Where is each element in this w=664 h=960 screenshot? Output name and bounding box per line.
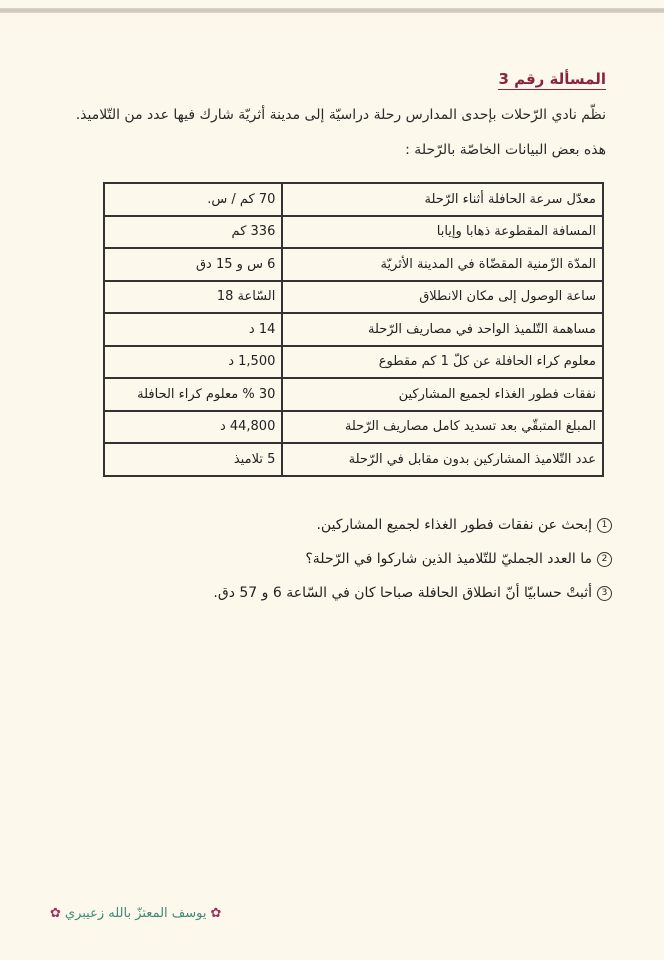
row-label: معدّل سرعة الحافلة أثناء الرّحلة (282, 183, 603, 216)
circled-number-icon: 3 (597, 586, 612, 601)
table-row: المسافة المقطوعة ذهابا وإيابا 336 كم (104, 216, 603, 249)
row-label: المبلغ المتبقّي بعد تسديد كامل مصاريف ال… (282, 411, 603, 444)
row-label: ساعة الوصول إلى مكان الانطلاق (282, 281, 603, 314)
trip-data-table: معدّل سرعة الحافلة أثناء الرّحلة 70 كم /… (103, 182, 604, 477)
table-row: المدّة الزّمنية المقضّاة في المدينة الأث… (104, 248, 603, 281)
row-value: 6 س و 15 دق (104, 248, 282, 281)
row-value: 1,500 د (104, 346, 282, 379)
row-value: 336 كم (104, 216, 282, 249)
problem-intro: نظّم نادي الرّحلات بإحدى المدارس رحلة در… (76, 107, 606, 123)
question-1: 1إبحث عن نفقات فطور الغذاء لجميع المشارك… (316, 517, 612, 533)
row-label: المدّة الزّمنية المقضّاة في المدينة الأث… (282, 248, 603, 281)
table-row: معدّل سرعة الحافلة أثناء الرّحلة 70 كم /… (104, 183, 603, 216)
author-footer: ✿يوسف المعتزّ بالله زعيبري✿ (46, 906, 225, 921)
row-value: 5 تلاميذ (104, 443, 282, 476)
table-row: معلوم كراء الحافلة عن كلّ 1 كم مقطوع 1,5… (104, 346, 603, 379)
question-text: أثبتْ حسابيّا أنّ انطلاق الحافلة صباحا ك… (213, 585, 592, 601)
question-2: 2ما العدد الجمليّ للتّلاميذ الذين شاركوا… (305, 551, 612, 567)
table-row: نفقات فطور الغذاء لجميع المشاركين 30 % م… (104, 378, 603, 411)
flower-icon: ✿ (50, 906, 61, 921)
table-row: مساهمة التّلميذ الواحد في مصاريف الرّحلة… (104, 313, 603, 346)
table-row: ساعة الوصول إلى مكان الانطلاق السّاعة 18 (104, 281, 603, 314)
row-label: عدد التّلاميذ المشاركين بدون مقابل في ال… (282, 443, 603, 476)
top-margin (0, 0, 664, 8)
table-row: عدد التّلاميذ المشاركين بدون مقابل في ال… (104, 443, 603, 476)
circled-number-icon: 1 (597, 518, 612, 533)
table-intro: هذه بعض البيانات الخاصّة بالرّحلة : (405, 142, 606, 158)
row-label: المسافة المقطوعة ذهابا وإيابا (282, 216, 603, 249)
flower-icon: ✿ (210, 906, 221, 921)
author-name: يوسف المعتزّ بالله زعيبري (65, 906, 207, 921)
row-value: 14 د (104, 313, 282, 346)
row-label: معلوم كراء الحافلة عن كلّ 1 كم مقطوع (282, 346, 603, 379)
row-label: مساهمة التّلميذ الواحد في مصاريف الرّحلة (282, 313, 603, 346)
question-3: 3أثبتْ حسابيّا أنّ انطلاق الحافلة صباحا … (213, 585, 612, 601)
row-label: نفقات فطور الغذاء لجميع المشاركين (282, 378, 603, 411)
question-text: ما العدد الجمليّ للتّلاميذ الذين شاركوا … (305, 551, 592, 567)
row-value: 70 كم / س. (104, 183, 282, 216)
problem-title: المسألة رقم 3 (498, 70, 606, 90)
question-text: إبحث عن نفقات فطور الغذاء لجميع المشاركي… (316, 517, 592, 533)
row-value: 44,800 د (104, 411, 282, 444)
table-row: المبلغ المتبقّي بعد تسديد كامل مصاريف ال… (104, 411, 603, 444)
row-value: 30 % معلوم كراء الحافلة (104, 378, 282, 411)
circled-number-icon: 2 (597, 552, 612, 567)
row-value: السّاعة 18 (104, 281, 282, 314)
